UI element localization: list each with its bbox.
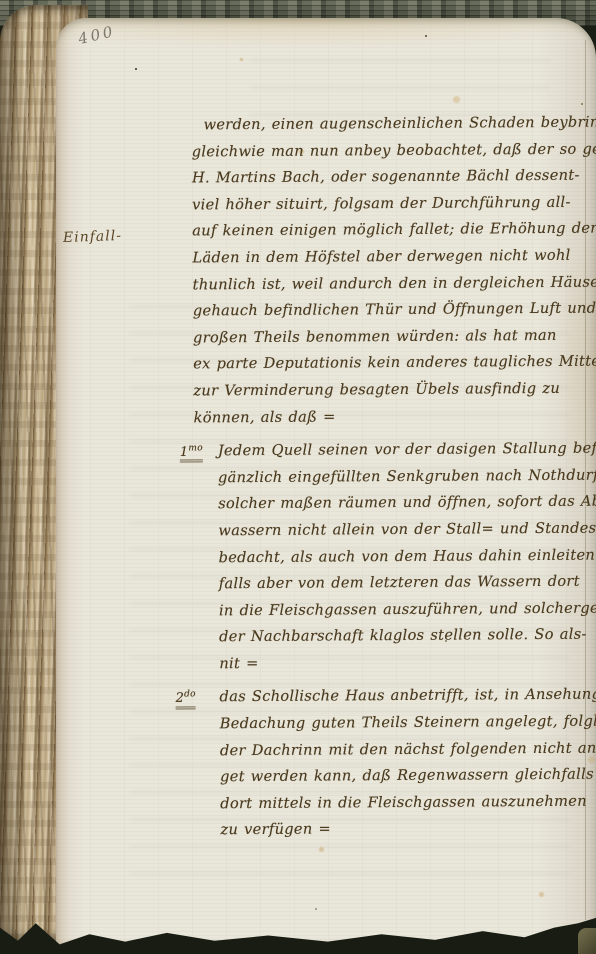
text-line: auf keinen einigen möglich fallet; die E… [192,216,594,245]
manuscript-scan: 400 Einfall- werden, einen augenscheinli… [0,0,596,954]
paragraph-marker-1mo: 1mo [180,441,203,462]
ink-bleedthrough [250,58,550,116]
text-line: Jedem Quell seinen vor der dasigen Stall… [218,436,596,465]
text-line: solcher maßen räumen und öffnen, sofort … [218,489,596,518]
text-line: thunlich ist, weil andurch den in dergle… [193,269,595,298]
text-line: in die Fleischgassen auszuführen, und so… [219,595,596,624]
fox-spots [240,58,243,61]
text-line: get werden kann, daß Regenwassern gleich… [220,762,596,791]
text-line: zu verfügen = [220,815,596,844]
text-line: dort mittels in die Fleischgassen auszun… [220,788,596,817]
text-line: nit = [219,648,596,677]
text-line: gehauch befindlichen Thür und Öffnungen … [193,296,595,325]
text-line: werden, einen augenscheinlichen Schaden … [191,110,593,139]
handwritten-text: werden, einen augenscheinlichen Schaden … [191,110,596,845]
ink-specks [135,68,137,70]
text-line: gänzlich eingefüllten Senkgruben nach No… [218,462,596,491]
item-2do-paragraph: 2do das Schollische Haus anbetrifft, ist… [195,682,596,844]
text-line: viel höher situirt, folgsam der Durchfüh… [192,189,594,218]
text-line: das Schollische Haus anbetrifft, ist, in… [219,682,596,711]
text-line: zur Verminderung besagten Übels ausfindi… [193,376,595,405]
intro-paragraph: werden, einen augenscheinlichen Schaden … [191,110,595,432]
text-line: bedacht, als auch von dem Haus dahin ein… [218,542,596,571]
text-line: H. Martins Bach, oder sogenannte Bächl d… [192,163,594,192]
book-clasp [578,928,596,954]
text-line: Bedachung guten Theils Steinern angelegt… [220,709,596,738]
paragraph-marker-2do: 2do [175,688,196,709]
text-line: wassern nicht allein von der Stall= und … [218,516,596,545]
text-line: ex parte Deputationis kein anderes taugl… [193,349,595,378]
item-1mo-paragraph: 1mo Jedem Quell seinen vor der dasigen S… [194,436,596,678]
text-line: können, als daß = [193,402,595,431]
text-line: Läden in dem Höfstel aber derwegen nicht… [192,243,594,272]
text-line: falls aber von dem letzteren das Wassern… [219,569,596,598]
text-line: großen Theils benommen würden: als hat m… [193,322,595,351]
text-line: der Nachbarschaft klaglos stellen solle.… [219,622,596,651]
margin-note: Einfall- [63,228,122,246]
text-line: der Dachrinn mit den nächst folgenden ni… [220,735,596,764]
text-line: gleichwie man nun anbey beobachtet, daß … [192,136,594,165]
